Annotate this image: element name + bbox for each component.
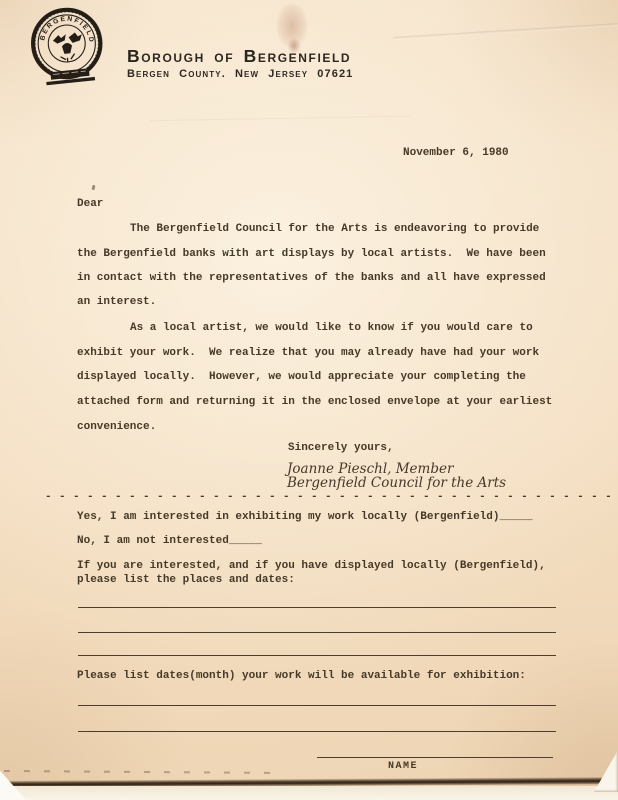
signature-title: Bergenfield Council for the Arts [287,476,506,490]
write-in-line [78,607,556,608]
para2-line: convenience. [77,420,156,434]
name-line [317,757,553,758]
form-displayed-question: If you are interested, and if you have d… [77,559,546,573]
seal-graphic: BERGENFIELD [20,0,114,92]
stray-ink-mark [91,185,95,191]
scanned-letter-page: BERGENFIELD Borough of Bergenfield Berge… [0,0,618,800]
paper-crease-top-right [393,23,618,40]
name-label: NAME [388,760,418,774]
para2-line: As a local artist, we would like to know… [130,321,533,335]
form-no-line: No, I am not interested_____ [77,534,262,548]
para1-line: in contact with the representatives of t… [77,271,546,285]
para2-line: attached form and returning it in the en… [77,395,552,409]
borough-seal-icon: BERGENFIELD [20,0,114,92]
dashed-divider: - - - - - - - - - - - - - - - - - - - - … [45,490,618,504]
para2-line: exhibit your work. We realize that you m… [77,346,539,360]
paper-crease-middle [150,116,410,123]
scan-artifact-dots [4,770,284,774]
para1-line: the Bergenfield banks with art displays … [77,247,546,261]
write-in-line [78,705,556,706]
letterhead-address: Bergen County. New Jersey 07621 [127,68,353,80]
letterhead-org-name: Borough of Bergenfield [127,46,351,67]
closing: Sincerely yours, [288,441,394,455]
write-in-line [78,731,556,732]
form-displayed-question: please list the places and dates: [77,573,295,587]
salutation: Dear [77,197,103,211]
scan-below-edge [0,786,618,800]
para2-line: displayed locally. However, we would app… [77,370,526,384]
form-yes-line: Yes, I am interested in exhibiting my wo… [77,510,532,524]
para1-line: an interest. [77,295,156,309]
write-in-line [78,655,556,656]
letter-date: November 6, 1980 [403,146,509,160]
para1-line: The Bergenfield Council for the Arts is … [130,222,539,236]
signature-name: Joanne Pieschl, Member [287,462,453,476]
write-in-line [78,632,556,633]
form-availability-question: Please list dates(month) your work will … [77,669,526,683]
